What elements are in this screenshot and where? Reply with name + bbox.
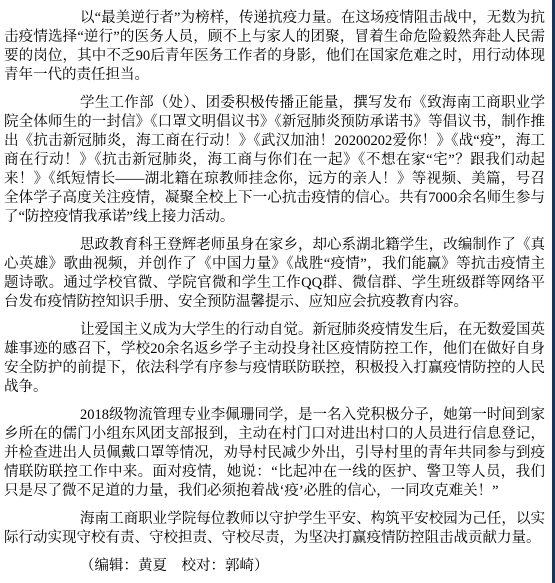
paragraph-5: 2018级物流管理专业李佩珊同学，是一名入党积极分子，她第一时间到家乡所在的儒门…	[4, 406, 545, 501]
editor-credit-line: （编辑：黄夏 校对：郭崎）	[4, 557, 545, 576]
paragraph-1: 以“最美逆行者”为榜样，传递抗疫力量。在这场疫情阻击战中，无数为抗击疫情选择“逆…	[4, 9, 545, 85]
paragraph-3: 思政教育科王登辉老师虽身在家乡，却心系湖北籍学生，改编制作了《真心英雄》歌曲视频…	[4, 236, 545, 312]
paragraph-2: 学生工作部（处）、团委积极传播正能量，撰写发布《致海南工商职业学院全体师生的一封…	[4, 94, 545, 227]
paragraph-4: 让爱国主义成为大学生的行动自觉。新冠肺炎疫情发生后，在无数爱国英雄事迹的感召下，…	[4, 321, 545, 397]
article-body: 以“最美逆行者”为榜样，传递抗疫力量。在这场疫情阻击战中，无数为抗击疫情选择“逆…	[0, 0, 555, 583]
paragraph-6: 海南工商职业学院每位教师以守护学生平安、构筑平安校园为己任，以实际行动实现守校有…	[4, 510, 545, 548]
